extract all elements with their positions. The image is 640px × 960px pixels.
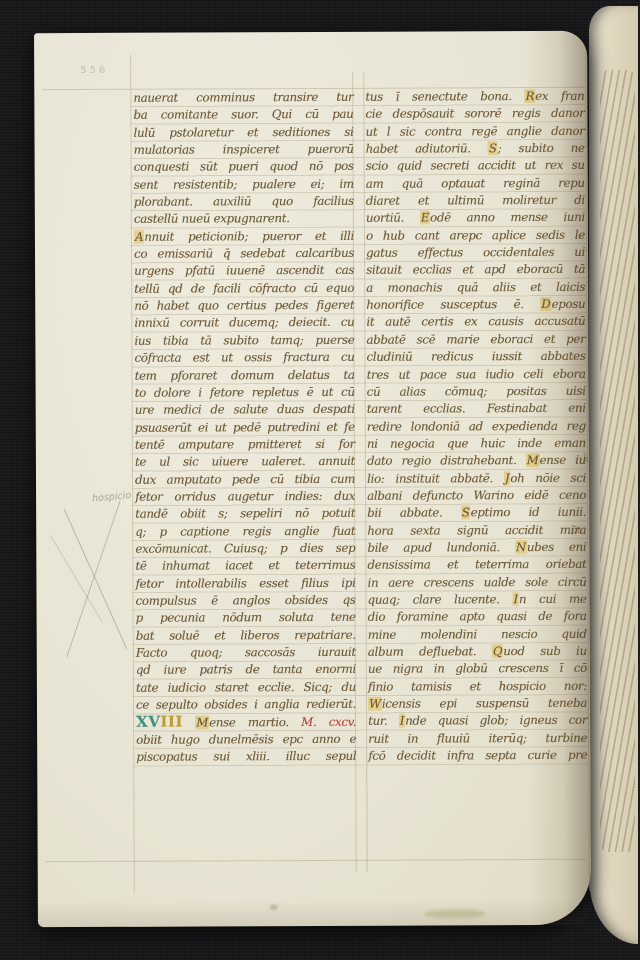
text-segment-hl: Q — [492, 644, 503, 658]
text-segment: habet adiutoriū. — [366, 141, 488, 156]
text-segment: fcō decidit infra septa curie pre — [368, 748, 587, 763]
text-line: cū alias cōmuq; positas uisi — [367, 383, 586, 401]
text-segment: it autē certis ex causis accusatū — [366, 314, 585, 329]
text-segment: co emissariū q̄ sedebat calcaribus — [134, 246, 354, 261]
text-segment: tellū qd de facili cōfracto cū equo — [134, 281, 354, 296]
text-segment: nde quasi glob; igneus cor — [405, 713, 587, 728]
text-segment: ex fran — [535, 89, 584, 103]
text-line: piscopatus sui xliii. illuc sepul — [136, 748, 356, 766]
text-line: finio tamisis et hospicio nor: — [368, 677, 587, 695]
text-line: habet adiutoriū. S; subito ne — [366, 140, 585, 158]
text-line: ut l sic contra regē anglie danor — [365, 122, 584, 140]
text-segment: excōmunicat. Cuiusq; p dies sep — [135, 541, 355, 556]
text-segment-red: M. cxcv. — [301, 715, 356, 729]
text-segment-hl: A — [134, 229, 144, 243]
text-line: sitauit ecclias et apd eboracū tā — [366, 261, 585, 279]
text-segment: abbatē scē marie eboraci et per — [366, 332, 585, 347]
text-segment: o hub cant arepc aplice sedis le — [366, 228, 585, 243]
text-line: in aere crescens ualde sole circū — [367, 573, 586, 591]
text-segment: fetor orridus augetur indies: dux — [135, 489, 355, 504]
text-segment: honorifice susceptus ē. — [366, 297, 540, 312]
text-line: tres ut pace sua iudio celi ebora — [367, 365, 586, 383]
text-segment: uod sub iu — [503, 644, 587, 658]
text-segment: lio: instituit abbatē. — [367, 471, 504, 486]
text-line: sent resistentib; pualere ei; im — [134, 176, 354, 194]
text-line: urgens pfatū iuuenē ascendit cas — [134, 262, 354, 280]
text-segment-hl: M — [526, 453, 540, 467]
text-segment: n cui me — [519, 592, 587, 606]
text-line: co emissariū q̄ sedebat calcaribus — [134, 245, 354, 263]
text-segment: mine molendini nescio quid — [368, 626, 587, 641]
text-line: obiit hugo dunelmēsis epc anno e — [136, 731, 356, 749]
text-segment: p pecunia nōdum soluta tene — [136, 610, 356, 625]
text-line: XVIII Mense martio. M. cxcv. — [136, 713, 356, 731]
text-segment: redire londoniā ad expedienda reg — [367, 418, 586, 433]
text-line: innixū corruit ducemq; deiecit. cu — [134, 314, 354, 332]
text-segment-green: XV — [136, 713, 160, 731]
text-segment: conquesti sūt pueri quod nō pos — [134, 159, 354, 174]
text-segment: psuaserūt ei ut pedē putredini et fe — [135, 419, 355, 434]
text-line: dux amputato pede cū tibia cum — [135, 470, 355, 488]
text-line: albani defuncto Warino eidē ceno — [367, 487, 586, 505]
text-line: scio quid secreti accidit ut rex su — [366, 157, 585, 175]
text-segment: ure medici de salute duas despati — [135, 402, 355, 417]
manuscript-page: 556 hospicio h̃ p̄t nauerat comminus tra… — [34, 31, 591, 927]
text-segment-gold: III — [160, 713, 183, 731]
text-segment: sent resistentib; pualere ei; im — [134, 177, 354, 192]
text-segment: q; p captione regis anglie fuat — [135, 523, 355, 538]
text-segment: cū alias cōmuq; positas uisi — [367, 384, 586, 399]
text-segment: ense martio. — [209, 715, 301, 729]
text-line: nō habet quo certius pedes figeret — [134, 297, 354, 315]
right-text-column: tus ī senectute bona. Rex francie despōs… — [365, 88, 587, 765]
text-line: ba comitante suor. Qui cū pau — [133, 106, 353, 124]
text-segment — [183, 716, 195, 730]
text-line: it autē certis ex causis accusatū — [366, 313, 585, 331]
text-segment-hl: S — [488, 141, 498, 155]
text-segment: piscopatus sui xliii. illuc sepul — [136, 749, 356, 764]
text-segment: tē inhumat iacet et teterrimus — [135, 558, 355, 573]
text-line: abbatē scē marie eboraci et per — [366, 331, 585, 349]
text-line: uortiū. Eodē anno mense iuni — [366, 209, 585, 227]
pencil-folio-number: 556 — [80, 65, 108, 76]
text-segment: tur. — [368, 714, 399, 728]
text-line: a monachis quā aliis et laicis — [366, 279, 585, 297]
text-segment: ubes eni — [527, 540, 587, 554]
text-segment: fetor intollerabilis esset filius ipi — [135, 575, 355, 590]
text-segment: nnuit peticionib; pueror et illi — [144, 229, 354, 244]
text-segment: ce sepulto obsides i anglia redierūt. — [136, 697, 356, 712]
photo-background: 556 hospicio h̃ p̄t nauerat comminus tra… — [0, 0, 640, 960]
text-line: mine molendini nescio quid — [368, 625, 587, 643]
text-segment: cie despōsauit sororē regis danor — [365, 106, 584, 121]
text-segment: albani defuncto Warino eidē ceno — [367, 488, 586, 503]
ruling-horizontal-bottom — [46, 859, 587, 862]
text-segment: compulsus ē anglos obsides qs — [135, 593, 355, 608]
text-segment: am quā optauat reginā repu — [366, 176, 585, 191]
text-segment: densissima et teterrima oriebat — [367, 557, 586, 572]
text-segment: album defluebat. — [368, 644, 492, 659]
text-segment: odē anno mense iuni — [430, 210, 585, 225]
text-segment: ius tibia tā subito tamq; puerse — [134, 333, 354, 348]
text-line: tentē amputare pmitteret si for — [135, 436, 355, 454]
text-segment-hl: E — [420, 211, 430, 225]
text-line: ce sepulto obsides i anglia redierūt. — [136, 696, 356, 714]
text-line: tem pforaret domum delatus ta — [135, 366, 355, 384]
text-segment: tem pforaret domum delatus ta — [135, 367, 355, 382]
text-segment: ruit in fluuiū iterūq; turbine — [368, 731, 587, 746]
text-line: castellū nueū expugnarent. — [134, 210, 354, 228]
text-line: qd iure patris de tanta enormi — [136, 661, 356, 679]
text-segment: nō habet quo certius pedes figeret — [134, 298, 354, 313]
text-line: tandē obiit s; sepeliri nō potuit — [135, 505, 355, 523]
text-segment: ; subito ne — [498, 141, 585, 155]
text-line: psuaserūt ei ut pedē putredini et fe — [135, 418, 355, 436]
text-segment-hl: N — [515, 540, 527, 554]
text-line: te ul sic uiuere ualeret. annuit — [135, 453, 355, 471]
text-segment: innixū corruit ducemq; deiecit. cu — [134, 315, 354, 330]
text-segment: eposu — [551, 297, 585, 311]
text-segment: castellū nueū expugnarent. — [134, 212, 290, 227]
text-line: diaret et ultimū moliretur di — [366, 192, 585, 210]
text-line: compulsus ē anglos obsides qs — [135, 592, 355, 610]
text-line: am quā optauat reginā repu — [366, 175, 585, 193]
text-segment: bii abbate. — [367, 506, 461, 520]
text-segment: cludiniū redicus iussit abbates — [366, 349, 585, 364]
text-segment: oh nōie sci — [510, 470, 586, 484]
parchment-stain — [424, 909, 486, 918]
text-segment: in aere crescens ualde sole circū — [367, 574, 586, 589]
text-line: q; p captione regis anglie fuat — [135, 522, 355, 540]
text-segment: icensis epi suspensū teneba — [382, 696, 587, 711]
text-line: conquesti sūt pueri quod nō pos — [134, 158, 354, 176]
text-line: cludiniū redicus iussit abbates — [366, 348, 585, 366]
text-line: ius tibia tā subito tamq; puerse — [134, 332, 354, 350]
text-segment-hl: D — [540, 297, 551, 311]
text-segment: diaret et ultimū moliretur di — [366, 193, 585, 208]
text-line: honorifice susceptus ē. Deposu — [366, 296, 585, 314]
parchment-stain — [270, 904, 278, 910]
text-segment: to dolore i fetore repletus ē ut cū — [135, 385, 355, 400]
text-line: to dolore i fetore repletus ē ut cū — [135, 384, 355, 402]
text-segment: nauerat comminus transire tur — [133, 90, 353, 105]
text-segment: finio tamisis et hospicio nor: — [368, 678, 587, 693]
text-segment: eptimo id iunii. — [471, 505, 587, 520]
text-line: bii abbate. Septimo id iunii. — [367, 504, 586, 522]
text-line: tarent ecclias. Festinabat eni — [367, 400, 586, 418]
text-line: fetor orridus augetur indies: dux — [135, 488, 355, 506]
page-bottom-shadow — [38, 899, 591, 927]
text-line: mulatorias inspiceret puerorū — [134, 141, 354, 159]
text-line: album defluebat. Quod sub iu — [368, 643, 587, 661]
text-segment: a monachis quā aliis et laicis — [366, 280, 585, 295]
text-line: p pecunia nōdum soluta tene — [136, 609, 356, 627]
text-segment: ni negocia que huic inde eman — [367, 436, 586, 451]
left-text-column: nauerat comminus transire turba comitant… — [133, 89, 356, 766]
text-line: lulū pstolaretur et seditiones si — [133, 124, 353, 142]
text-segment-hl: M — [195, 716, 209, 730]
text-segment: plorabant. auxiliū quo facilius — [134, 194, 354, 209]
text-segment-hl: R — [524, 89, 535, 103]
text-line: lio: instituit abbatē. Joh nōie sci — [367, 469, 586, 487]
text-segment: ut l sic contra regē anglie danor — [365, 123, 584, 138]
text-segment: bile apud lundoniā. — [367, 540, 515, 555]
text-line: nauerat comminus transire tur — [133, 89, 353, 107]
text-line: fetor intollerabilis esset filius ipi — [135, 574, 355, 592]
text-line: bat soluē et liberos repatriare. — [136, 626, 356, 644]
text-line: Wicensis epi suspensū teneba — [368, 695, 587, 713]
text-segment: tres ut pace sua iudio celi ebora — [367, 366, 586, 381]
text-segment: tus ī senectute bona. — [365, 89, 524, 104]
text-segment: tentē amputare pmitteret si for — [135, 437, 355, 452]
text-segment: obiit hugo dunelmēsis epc anno e — [136, 732, 356, 747]
text-line: dio foramine apto quasi de fora — [368, 608, 587, 626]
text-segment: qd iure patris de tanta enormi — [136, 662, 356, 677]
text-line: plorabant. auxiliū quo facilius — [134, 193, 354, 211]
text-segment: mulatorias inspiceret puerorū — [134, 142, 354, 157]
text-line: Annuit peticionib; pueror et illi — [134, 228, 354, 246]
text-segment: ba comitante suor. Qui cū pau — [133, 107, 353, 122]
text-segment: ense iu — [539, 453, 586, 467]
text-line: tellū qd de facili cōfracto cū equo — [134, 280, 354, 298]
text-segment: Facto quoq; saccosās iurauit — [136, 645, 356, 660]
text-line: tē inhumat iacet et teterrimus — [135, 557, 355, 575]
text-segment: lulū pstolaretur et seditiones si — [133, 125, 353, 140]
text-segment: gatus effectus occidentales ui — [366, 245, 585, 260]
text-line: ue nigra in globū crescens ī cō — [368, 660, 587, 678]
text-line: redire londoniā ad expedienda reg — [367, 417, 586, 435]
text-segment: bat soluē et liberos repatriare. — [136, 627, 356, 642]
text-segment: uortiū. — [366, 211, 420, 225]
text-line: quaq; clare lucente. In cui me — [367, 591, 586, 609]
text-line: ni negocia que huic inde eman — [367, 435, 586, 453]
text-segment: tate iudicio staret ecclie. Sicq; du — [136, 680, 356, 695]
text-line: hora sexta signū accidit mira — [367, 521, 586, 539]
text-segment: urgens pfatū iuuenē ascendit cas — [134, 263, 354, 278]
text-line: excōmunicat. Cuiusq; p dies sep — [135, 540, 355, 558]
text-segment: te ul sic uiuere ualeret. annuit — [135, 454, 355, 469]
text-line: gatus effectus occidentales ui — [366, 244, 585, 262]
text-line: cie despōsauit sororē regis danor — [365, 105, 584, 123]
text-segment: dato regio distrahebant. — [367, 453, 526, 468]
text-segment: cōfracta est ut ossis fractura cu — [134, 350, 354, 365]
text-line: ure medici de salute duas despati — [135, 401, 355, 419]
next-folio-edge-text-lines — [600, 70, 635, 852]
text-segment: scio quid secreti accidit ut rex su — [366, 158, 585, 173]
text-line: tate iudicio staret ecclie. Sicq; du — [136, 679, 356, 697]
text-line: o hub cant arepc aplice sedis le — [366, 227, 585, 245]
text-line: bile apud lundoniā. Nubes eni — [367, 539, 586, 557]
text-segment: sitauit ecclias et apd eboracū tā — [366, 262, 585, 277]
text-segment: ue nigra in globū crescens ī cō — [368, 661, 587, 676]
text-line: tus ī senectute bona. Rex fran — [365, 88, 584, 106]
text-line: fcō decidit infra septa curie pre — [368, 747, 587, 765]
text-segment: tarent ecclias. Festinabat eni — [367, 401, 586, 416]
text-segment: quaq; clare lucente. — [367, 592, 512, 607]
text-segment: dux amputato pede cū tibia cum — [135, 471, 355, 486]
text-line: cōfracta est ut ossis fractura cu — [134, 349, 354, 367]
text-segment: dio foramine apto quasi de fora — [368, 609, 587, 624]
text-line: densissima et teterrima oriebat — [367, 556, 586, 574]
text-segment: tandē obiit s; sepeliri nō potuit — [135, 506, 355, 521]
text-line: dato regio distrahebant. Mense iu — [367, 452, 586, 470]
text-line: Facto quoq; saccosās iurauit — [136, 644, 356, 662]
text-segment-hl: S — [461, 506, 471, 520]
text-segment-hl: W — [368, 697, 382, 711]
text-segment: hora sexta signū accidit mira — [367, 522, 586, 537]
text-line: tur. Inde quasi glob; igneus cor — [368, 712, 587, 730]
next-folio-edge — [589, 6, 638, 944]
text-line: ruit in fluuiū iterūq; turbine — [368, 730, 587, 748]
